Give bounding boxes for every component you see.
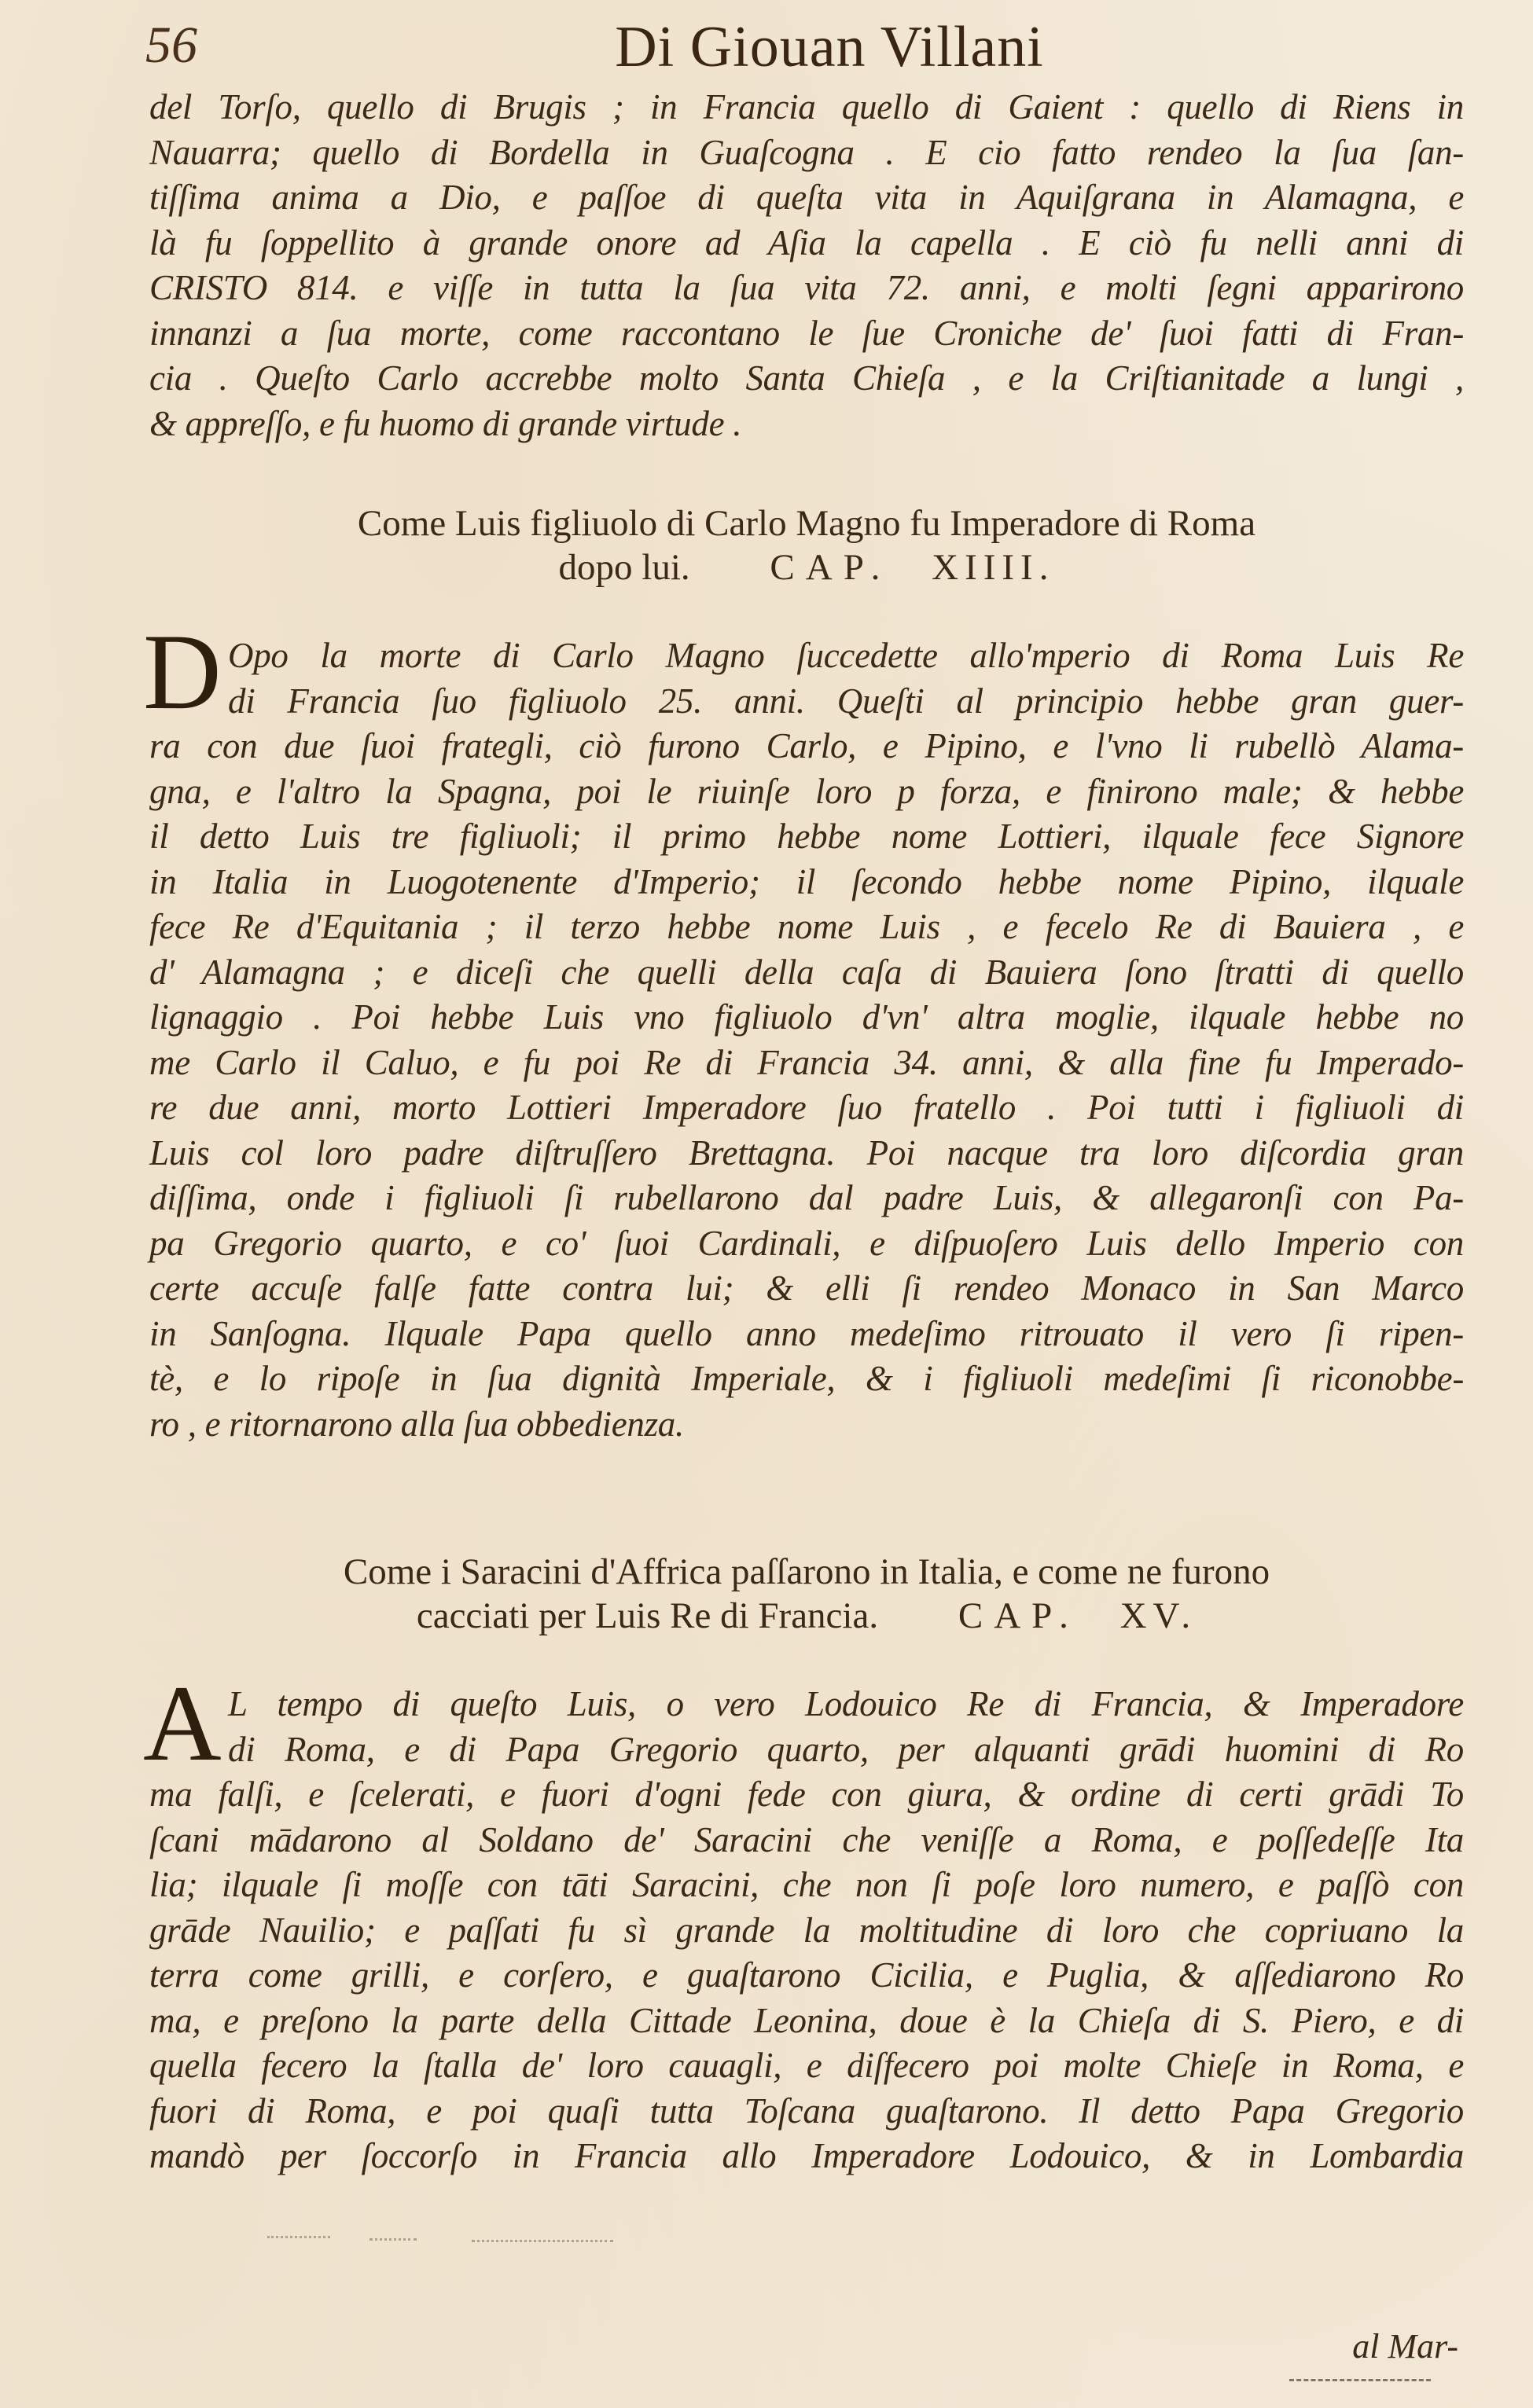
chapter-15-heading: Come i Saracini d'Affrica paſſarono in I… xyxy=(149,1550,1464,1638)
page-header: 56 Di Giouan Villani xyxy=(145,14,1466,81)
text-line: ra con due ſuoi frategli, ciò furono Car… xyxy=(149,724,1464,769)
text-line: di Francia ſuo figliuolo 25. anni. Queſt… xyxy=(149,679,1464,725)
text-line: fuori di Roma, e poi quaſi tutta Toſcana… xyxy=(149,2089,1464,2135)
text-line: diſſima, onde i figliuoli ſi rubellarono… xyxy=(149,1176,1464,1221)
chapter-number: XIIII. xyxy=(932,547,1054,588)
text-line: tiſſima anima a Dio, e paſſoe di queſta … xyxy=(149,175,1464,221)
text-line: del Torſo, quello di Brugis ; in Francia… xyxy=(149,85,1464,130)
intro-paragraph: del Torſo, quello di Brugis ; in Francia… xyxy=(149,85,1464,446)
text-line: & appreſſo, e fu huomo di grande virtude… xyxy=(149,402,1464,447)
print-artifact xyxy=(267,2236,330,2238)
text-line: gna, e l'altro la Spagna, poi le riuinſe… xyxy=(149,769,1464,815)
text-line: Nauarra; quello di Bordella in Guaſcogna… xyxy=(149,130,1464,176)
text-line: in Sanſogna. Ilquale Papa quello anno me… xyxy=(149,1312,1464,1357)
chapter-number: XV. xyxy=(1120,1595,1197,1636)
text-line: terra come grilli, e corſero, e guaſtaro… xyxy=(149,1953,1464,1999)
chapter-title-tail: cacciati per Luis Re di Francia. xyxy=(417,1595,878,1636)
text-line: Opo la morte di Carlo Magno ſuccedette a… xyxy=(149,633,1464,679)
chapter-cap-label: CAP. xyxy=(958,1595,1079,1636)
text-line: ro , e ritornarono alla ſua obbedienza. xyxy=(149,1402,1464,1448)
text-line: mandò per ſoccorſo in Francia allo Imper… xyxy=(149,2134,1464,2179)
text-line: me Carlo il Caluo, e fu poi Re di Franci… xyxy=(149,1041,1464,1086)
text-line: ſcani mādarono al Soldano de' Saracini c… xyxy=(149,1818,1464,1863)
text-line: cia . Queſto Carlo accrebbe molto Santa … xyxy=(149,356,1464,402)
text-line: il detto Luis tre figliuoli; il primo he… xyxy=(149,814,1464,860)
text-line: ma, e preſono la parte della Cittade Leo… xyxy=(149,1999,1464,2044)
text-line: Luis col loro padre diſtruſſero Brettagn… xyxy=(149,1131,1464,1176)
chapter-14-heading: Come Luis figliuolo di Carlo Magno fu Im… xyxy=(149,501,1464,589)
text-line: innanzi a ſua morte, come raccontano le … xyxy=(149,311,1464,357)
text-line: pa Gregorio quarto, e co' ſuoi Cardinali… xyxy=(149,1221,1464,1267)
text-line: ma falſi, e ſcelerati, e fuori d'ogni fe… xyxy=(149,1772,1464,1818)
catchword: al Mar- xyxy=(1352,2326,1458,2366)
text-line: re due anni, morto Lottieri Imperadore ſ… xyxy=(149,1085,1464,1131)
chapter-title-line-2: dopo lui. CAP. XIIII. xyxy=(149,545,1464,589)
print-artifact xyxy=(369,2238,417,2241)
text-line: quella fecero la ſtalla de' loro cauagli… xyxy=(149,2043,1464,2089)
text-line: tè, e lo ripoſe in ſua dignità Imperiale… xyxy=(149,1356,1464,1402)
text-line: grāde Nauilio; e paſſati fu sì grande la… xyxy=(149,1908,1464,1954)
text-line: di Roma, e di Papa Gregorio quarto, per … xyxy=(149,1727,1464,1773)
text-line: lignaggio . Poi hebbe Luis vno figliuolo… xyxy=(149,995,1464,1041)
text-line: d' Alamagna ; e diceſi che quelli della … xyxy=(149,950,1464,996)
chapter-15-body: L tempo di queſto Luis, o vero Lodouico … xyxy=(149,1682,1464,2179)
text-line: fece Re d'Equitania ; il terzo hebbe nom… xyxy=(149,905,1464,950)
text-line: in Italia in Luogotenente d'Imperio; il … xyxy=(149,860,1464,905)
text-line: L tempo di queſto Luis, o vero Lodouico … xyxy=(149,1682,1464,1727)
catchword-rule xyxy=(1289,2379,1431,2381)
chapter-14-body: Opo la morte di Carlo Magno ſuccedette a… xyxy=(149,633,1464,1447)
text-line: là fu ſoppellito à grande onore ad Aſia … xyxy=(149,221,1464,266)
chapter-title-line: Come i Saracini d'Affrica paſſarono in I… xyxy=(149,1550,1464,1594)
print-artifact xyxy=(472,2240,613,2242)
text-line: lia; ilquale ſi moſſe con tāti Saracini,… xyxy=(149,1863,1464,1908)
book-page: 56 Di Giouan Villani del Torſo, quello d… xyxy=(0,0,1533,2408)
text-line: CRISTO 814. e viſſe in tutta la ſua vita… xyxy=(149,266,1464,311)
chapter-title-line-2: cacciati per Luis Re di Francia. CAP. XV… xyxy=(149,1594,1464,1638)
chapter-title-tail: dopo lui. xyxy=(559,547,690,588)
text-line: certe accuſe falſe fatte contra lui; & e… xyxy=(149,1266,1464,1312)
running-title: Di Giouan Villani xyxy=(145,14,1466,80)
chapter-cap-label: CAP. xyxy=(770,547,891,588)
chapter-title-line: Come Luis figliuolo di Carlo Magno fu Im… xyxy=(149,501,1464,545)
